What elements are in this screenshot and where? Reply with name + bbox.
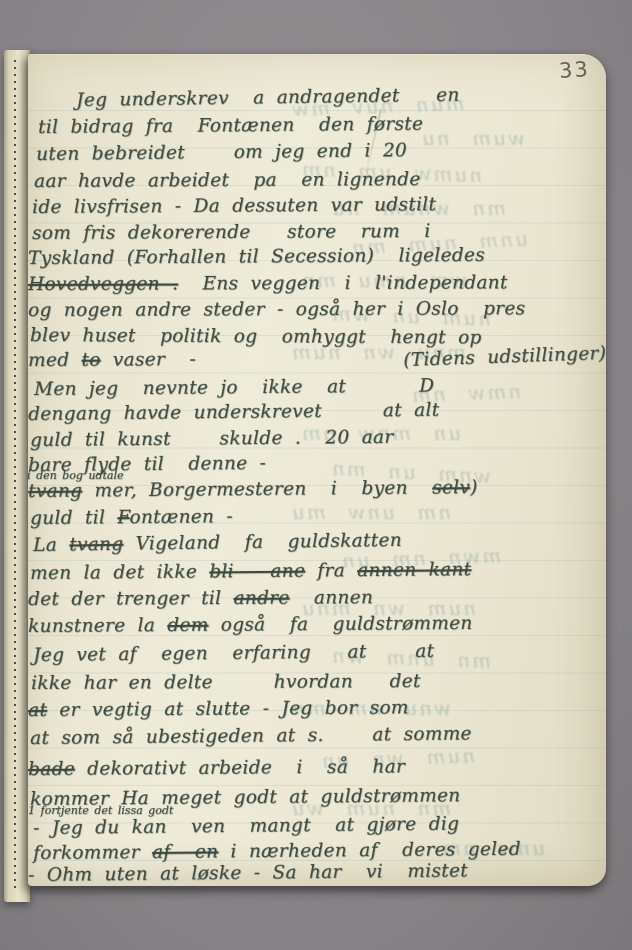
notebook-page (28, 54, 606, 886)
perforation-dots (14, 60, 16, 890)
page-number: 33 (558, 57, 590, 83)
notebook-pages-edge (4, 50, 30, 902)
paper-crease (364, 109, 382, 180)
ruled-lines (28, 110, 606, 872)
